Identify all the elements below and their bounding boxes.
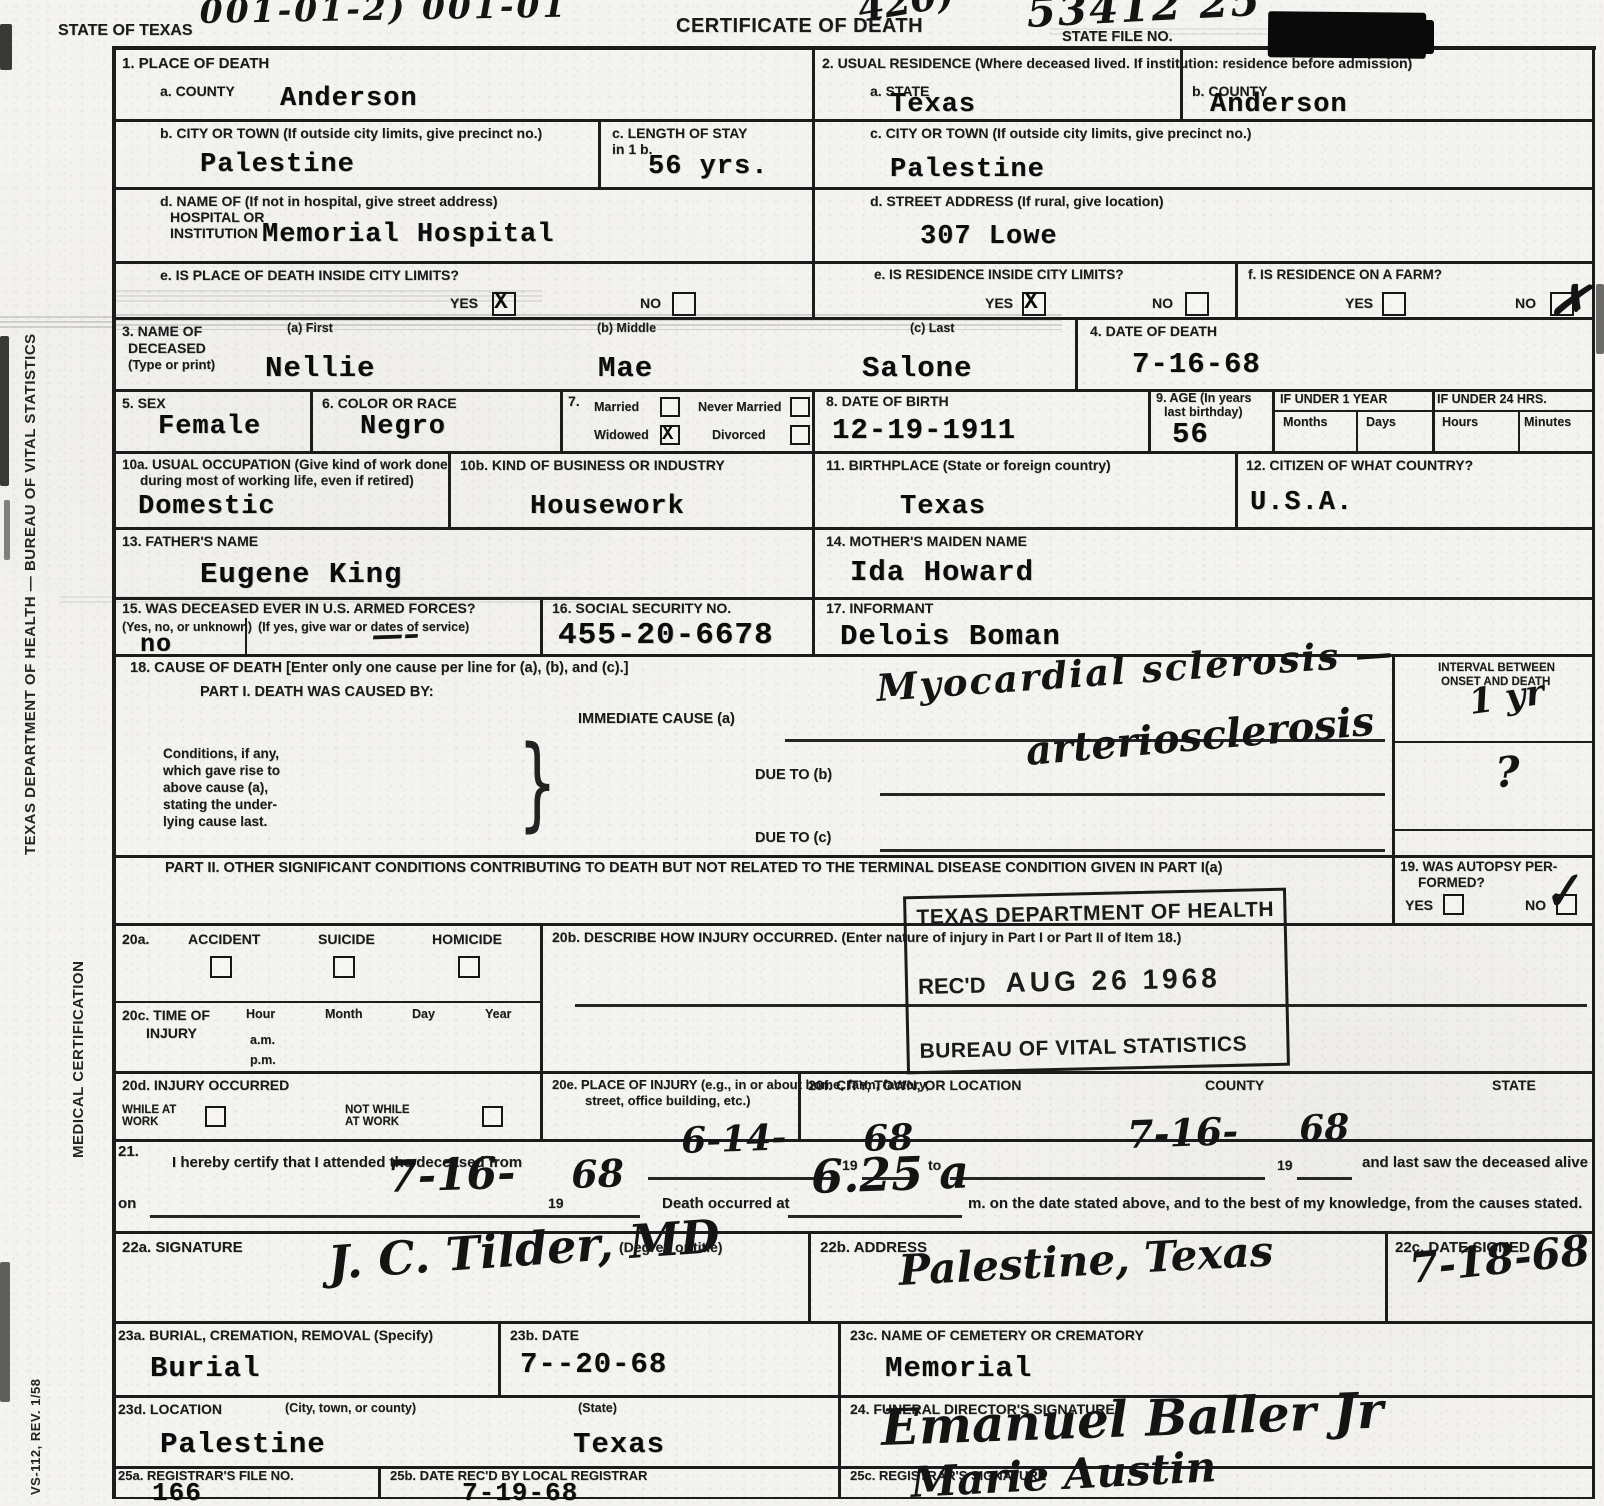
day-label: Day [412, 1008, 435, 1022]
married-label: Married [594, 401, 639, 415]
burial-date-value: 7--20-68 [520, 1348, 667, 1381]
residence-city-value: Palestine [890, 155, 1045, 185]
divider [112, 1497, 1594, 1499]
race-value: Negro [360, 412, 446, 442]
residence-limits-no-label: NO [1152, 296, 1173, 311]
scan-blot [0, 1262, 10, 1402]
date-of-death-value: 7-16-68 [1132, 348, 1261, 381]
divider [1235, 451, 1238, 527]
autopsy-label-2: FORMED? [1418, 876, 1485, 891]
stamp-bureau-line: BUREAU OF VITAL STATISTICS [919, 1032, 1276, 1064]
age-label: 9. AGE (In years [1156, 392, 1251, 406]
month-label: Month [325, 1008, 362, 1022]
not-while-at-work-checkbox [482, 1106, 503, 1127]
autopsy-yes-checkbox [1443, 894, 1464, 915]
burial-location-state-sublabel: (State) [578, 1402, 617, 1416]
conditions-note-line: stating the under- [163, 798, 280, 813]
scan-blot [0, 24, 12, 70]
farm-no-handwritten-mark: ✗ [1547, 271, 1593, 330]
divider [598, 119, 601, 187]
while-at-work-checkbox [205, 1106, 226, 1127]
conditions-brace: } [518, 733, 557, 835]
divider [498, 1321, 501, 1395]
cemetery-value: Memorial [885, 1352, 1032, 1385]
part2-label: PART II. OTHER SIGNIFICANT CONDITIONS CO… [165, 861, 1222, 877]
margin-form-number: VS-112, REV. 1/58 [28, 1300, 43, 1495]
writing-line [880, 793, 1385, 796]
divider [812, 451, 815, 527]
divider [1075, 317, 1078, 389]
date-of-birth-value: 12-19-1911 [832, 414, 1016, 447]
divider [1392, 829, 1594, 831]
divider [1392, 741, 1594, 743]
suicide-label: SUICIDE [318, 932, 375, 947]
stamp-recd-label: REC'D [918, 973, 986, 1001]
place-of-death-title: 1. PLACE OF DEATH [122, 56, 269, 72]
date-of-death-label: 4. DATE OF DEATH [1090, 324, 1217, 339]
divider [1385, 1231, 1388, 1321]
divider [310, 389, 313, 451]
divider [812, 527, 815, 597]
cause-of-death-label: 18. CAUSE OF DEATH [Enter only one cause… [130, 661, 628, 677]
mother-name-label: 14. MOTHER'S MAIDEN NAME [826, 534, 1027, 549]
divorced-checkbox [790, 425, 810, 445]
scan-smear [1050, 28, 1300, 38]
months-label: Months [1283, 416, 1327, 430]
industry-label: 10b. KIND OF BUSINESS OR INDUSTRY [460, 458, 725, 473]
place-limits-no-label: NO [640, 296, 661, 311]
redaction-block [1400, 20, 1434, 54]
armed-forces-value: no [140, 630, 172, 659]
attended-from-date: 6-14- [681, 1116, 787, 1162]
if-under-24-hrs-label: IF UNDER 24 HRS. [1437, 393, 1547, 407]
days-label: Days [1366, 416, 1396, 430]
margin-agency-text: TEXAS DEPARTMENT OF HEALTH — BUREAU OF V… [22, 195, 39, 855]
injury-occurred-label: 20d. INJURY OCCURRED [122, 1078, 289, 1093]
never-married-label: Never Married [698, 401, 781, 415]
farm-no-label: NO [1515, 296, 1536, 311]
on-year-value: 68 [570, 1150, 624, 1197]
birthplace-value: Texas [900, 492, 986, 522]
am-label: a.m. [250, 1034, 275, 1048]
certification-text-2: and last saw the deceased alive [1362, 1155, 1588, 1171]
degree-or-title-label: (Degree or title) [619, 1240, 722, 1255]
hospital-label-2: HOSPITAL OR [170, 210, 264, 225]
divider [112, 923, 1594, 926]
writing-line [950, 1177, 1265, 1180]
divider [1272, 389, 1275, 451]
widowed-checkbox: X [660, 425, 680, 445]
place-city-value: Palestine [200, 150, 355, 180]
residence-city-label: c. CITY OR TOWN (If outside city limits,… [870, 126, 1251, 141]
hospital-value: Memorial Hospital [262, 220, 554, 250]
burial-location-city-value: Palestine [160, 1428, 326, 1461]
divider [112, 119, 1594, 122]
residence-title: 2. USUAL RESIDENCE (Where deceased lived… [822, 56, 1412, 71]
date-signed-value: 7-18-68 [1407, 1225, 1592, 1293]
name-label-3: (Type or print) [128, 358, 215, 372]
divider [540, 923, 543, 1139]
last-name-value: Salone [862, 352, 972, 385]
cemetery-label: 23c. NAME OF CEMETERY OR CREMATORY [850, 1328, 1144, 1343]
physician-address-value: Palestine, Texas [897, 1226, 1274, 1295]
divider [560, 389, 563, 451]
to-year-value: 68 [1299, 1106, 1351, 1150]
length-of-stay-label: c. LENGTH OF STAY [612, 126, 747, 141]
farm-yes-label: YES [1345, 296, 1373, 311]
citizenship-label: 12. CITIZEN OF WHAT COUNTRY? [1246, 458, 1473, 473]
divider [1432, 389, 1435, 451]
residence-street-value: 307 Lowe [920, 222, 1058, 252]
registrar-file-value: 166 [152, 1478, 202, 1506]
divider [838, 1321, 841, 1395]
burial-location-label: 23d. LOCATION [118, 1402, 222, 1417]
burial-date-label: 23b. DATE [510, 1328, 579, 1343]
injury-city-label: 20f. CITY, TOWN, OR LOCATION [808, 1078, 1021, 1093]
injury-20a-label: 20a. [122, 932, 149, 947]
residence-street-label: d. STREET ADDRESS (If rural, give locati… [870, 194, 1164, 209]
divider [812, 597, 815, 654]
writing-line [880, 849, 1385, 852]
burial-location-state-value: Texas [573, 1428, 665, 1461]
divider [1518, 410, 1520, 451]
stamp-date: AUG 26 1968 [1005, 962, 1221, 999]
registrar-file-label: 25a. REGISTRAR'S FILE NO. [118, 1469, 294, 1483]
certification-number: 21. [118, 1144, 139, 1160]
divider [812, 46, 815, 317]
scan-blot [1596, 284, 1604, 354]
residence-county-value: Anderson [1210, 90, 1348, 120]
injury-time-label-2: INJURY [146, 1026, 197, 1041]
conditions-note-line: which gave rise to [163, 764, 280, 779]
first-name-value: Nellie [265, 352, 375, 385]
divider [112, 1321, 1594, 1324]
divider [838, 1395, 841, 1466]
place-limits-no-checkbox [672, 292, 696, 316]
not-while-at-work-label-2: AT WORK [345, 1116, 399, 1128]
divider [1235, 261, 1238, 317]
writing-line [150, 1215, 640, 1218]
divider [1356, 410, 1358, 451]
conditions-note-line: Conditions, if any, [163, 747, 280, 762]
conditions-note-line: above cause (a), [163, 781, 280, 796]
while-at-work-label-2: WORK [122, 1116, 158, 1128]
stamp-agency-line: TEXAS DEPARTMENT OF HEALTH [916, 898, 1273, 930]
father-name-label: 13. FATHER'S NAME [122, 534, 258, 549]
conditions-note: Conditions, if any, which gave rise to a… [163, 747, 280, 832]
due-to-c-label: DUE TO (c) [755, 831, 831, 847]
residence-limits-yes-label: YES [985, 296, 1013, 311]
part1-label: PART I. DEATH WAS CAUSED BY: [200, 685, 434, 701]
divider [112, 1139, 1594, 1142]
industry-value: Housework [530, 492, 685, 522]
scan-blot [0, 336, 9, 486]
year-prefix-2: 19 [1277, 1158, 1293, 1173]
place-county-value: Anderson [280, 84, 418, 114]
not-while-at-work-label: NOT WHILE [345, 1104, 410, 1116]
accident-label: ACCIDENT [188, 932, 260, 947]
sex-value: Female [158, 412, 261, 442]
injury-time-label: 20c. TIME OF [122, 1008, 210, 1023]
date-of-birth-label: 8. DATE OF BIRTH [826, 394, 949, 409]
attended-to-date: 7-16- [1126, 1108, 1238, 1157]
place-city-label: b. CITY OR TOWN (If outside city limits,… [160, 126, 542, 141]
hour-label: Hour [246, 1008, 275, 1022]
scan-smear [60, 596, 580, 606]
writing-line [788, 1215, 962, 1218]
registrar-date-value: 7-19-68 [462, 1478, 578, 1506]
autopsy-yes-label: YES [1405, 898, 1433, 913]
mother-name-value: Ida Howard [850, 556, 1034, 589]
middle-name-value: Mae [598, 352, 653, 385]
last-seen-date: 7-16- [386, 1148, 516, 1203]
checkbox-x-mark: X [1024, 289, 1038, 315]
divider [112, 261, 1594, 264]
burial-value: Burial [150, 1352, 260, 1385]
name-label-2: DECEASED [128, 341, 206, 356]
occupation-value: Domestic [138, 492, 276, 522]
due-to-b-label: DUE TO (b) [755, 768, 832, 784]
scan-smear [112, 314, 1062, 330]
hospital-label: d. NAME OF (If not in hospital, give str… [160, 194, 498, 209]
residence-city-limits-label: e. IS RESIDENCE INSIDE CITY LIMITS? [874, 268, 1124, 283]
scan-smear [0, 316, 112, 330]
occupation-label: 10a. USUAL OCCUPATION (Give kind of work… [122, 458, 448, 473]
divider [448, 451, 451, 527]
death-occurred-label: Death occurred at [662, 1196, 790, 1212]
divider [112, 1231, 1594, 1234]
physician-signature-label: 22a. SIGNATURE [122, 1240, 243, 1256]
divider [1392, 654, 1395, 923]
scan-smear [112, 290, 542, 302]
father-name-value: Eugene King [200, 558, 402, 591]
injury-state-label: STATE [1492, 1078, 1536, 1093]
place-city-limits-label: e. IS PLACE OF DEATH INSIDE CITY LIMITS? [160, 268, 459, 283]
homicide-checkbox [458, 956, 480, 978]
ssn-value: 455-20-6678 [558, 618, 774, 653]
received-stamp: TEXAS DEPARTMENT OF HEALTH REC'D AUG 26 … [903, 888, 1290, 1075]
on-label: on [118, 1196, 136, 1212]
place-county-label: a. COUNTY [160, 84, 235, 99]
divider [112, 46, 116, 1499]
if-under-1-year-label: IF UNDER 1 YEAR [1280, 393, 1387, 407]
divider [112, 1071, 1594, 1074]
informant-label: 17. INFORMANT [826, 601, 933, 616]
checkbox-x-mark: X [662, 423, 673, 445]
burial-location-city-sublabel: (City, town, or county) [285, 1402, 416, 1416]
divider [112, 855, 1594, 858]
informant-value: Delois Boman [840, 620, 1061, 653]
interval-b-value: ? [1494, 747, 1520, 797]
divider [112, 1001, 542, 1003]
autopsy-label: 19. WAS AUTOPSY PER- [1400, 860, 1557, 875]
while-at-work-label: WHILE AT [122, 1104, 176, 1116]
married-checkbox [660, 397, 680, 417]
injury-county-label: COUNTY [1205, 1078, 1264, 1093]
hospital-label-3: INSTITUTION [170, 226, 258, 241]
divider [112, 527, 1594, 530]
writing-line [648, 1177, 832, 1180]
length-of-stay-value: 56 yrs. [648, 152, 768, 182]
birthplace-label: 11. BIRTHPLACE (State or foreign country… [826, 458, 1111, 473]
place-of-injury-label-2: street, office building, etc.) [585, 1094, 750, 1108]
residence-limits-yes-checkbox: X [1022, 292, 1046, 316]
pm-label: p.m. [250, 1054, 276, 1068]
handwritten-registration-codes: 001-01-2) 001-01 [199, 0, 568, 31]
divider [378, 1466, 381, 1499]
citizenship-value: U.S.A. [1250, 488, 1353, 518]
never-married-checkbox [790, 397, 810, 417]
accident-checkbox [210, 956, 232, 978]
minutes-label: Minutes [1524, 416, 1571, 430]
residence-state-value: Texas [890, 90, 976, 120]
divider [1592, 46, 1595, 1499]
writing-line [1297, 1177, 1352, 1180]
divider [1148, 389, 1151, 451]
divider [808, 1231, 811, 1321]
year-prefix-3: 19 [548, 1196, 564, 1211]
divider [838, 1466, 841, 1499]
widowed-label: Widowed [594, 429, 649, 443]
hours-label: Hours [1442, 416, 1478, 430]
suicide-checkbox [333, 956, 355, 978]
armed-forces-service-value: —– [371, 614, 420, 654]
death-time-value: 6.25 a [810, 1145, 970, 1204]
length-of-stay-label-2: in 1 b. [612, 142, 652, 157]
divider [812, 389, 815, 451]
occupation-label-2: during most of working life, even if ret… [140, 474, 414, 489]
residence-limits-no-checkbox [1185, 292, 1209, 316]
margin-medical-certification-text: MEDICAL CERTIFICATION [70, 848, 87, 1158]
certification-text-3: m. on the date stated above, and to the … [968, 1196, 1582, 1212]
homicide-label: HOMICIDE [432, 932, 502, 947]
divider [112, 187, 1594, 190]
death-certificate-document: TEXAS DEPARTMENT OF HEALTH — BUREAU OF V… [0, 0, 1604, 1506]
residence-farm-label: f. IS RESIDENCE ON A FARM? [1248, 268, 1442, 283]
year-label: Year [485, 1008, 511, 1022]
conditions-note-line: lying cause last. [163, 815, 280, 830]
divorced-label: Divorced [712, 429, 766, 443]
due-to-b-value: arteriosclerosis [1024, 698, 1376, 775]
burial-label: 23a. BURIAL, CREMATION, REMOVAL (Specify… [118, 1328, 433, 1343]
immediate-cause-label: IMMEDIATE CAUSE (a) [578, 712, 735, 728]
divider [112, 451, 1594, 454]
state-of-texas-label: STATE OF TEXAS [58, 22, 193, 39]
marital-label: 7. [568, 394, 580, 409]
race-label: 6. COLOR OR RACE [322, 396, 457, 411]
scan-blot [4, 500, 10, 560]
age-value: 56 [1172, 418, 1209, 451]
farm-yes-checkbox [1382, 292, 1406, 316]
armed-forces-service-label: (If yes, give war or dates of service) [258, 621, 469, 635]
sex-label: 5. SEX [122, 396, 166, 411]
